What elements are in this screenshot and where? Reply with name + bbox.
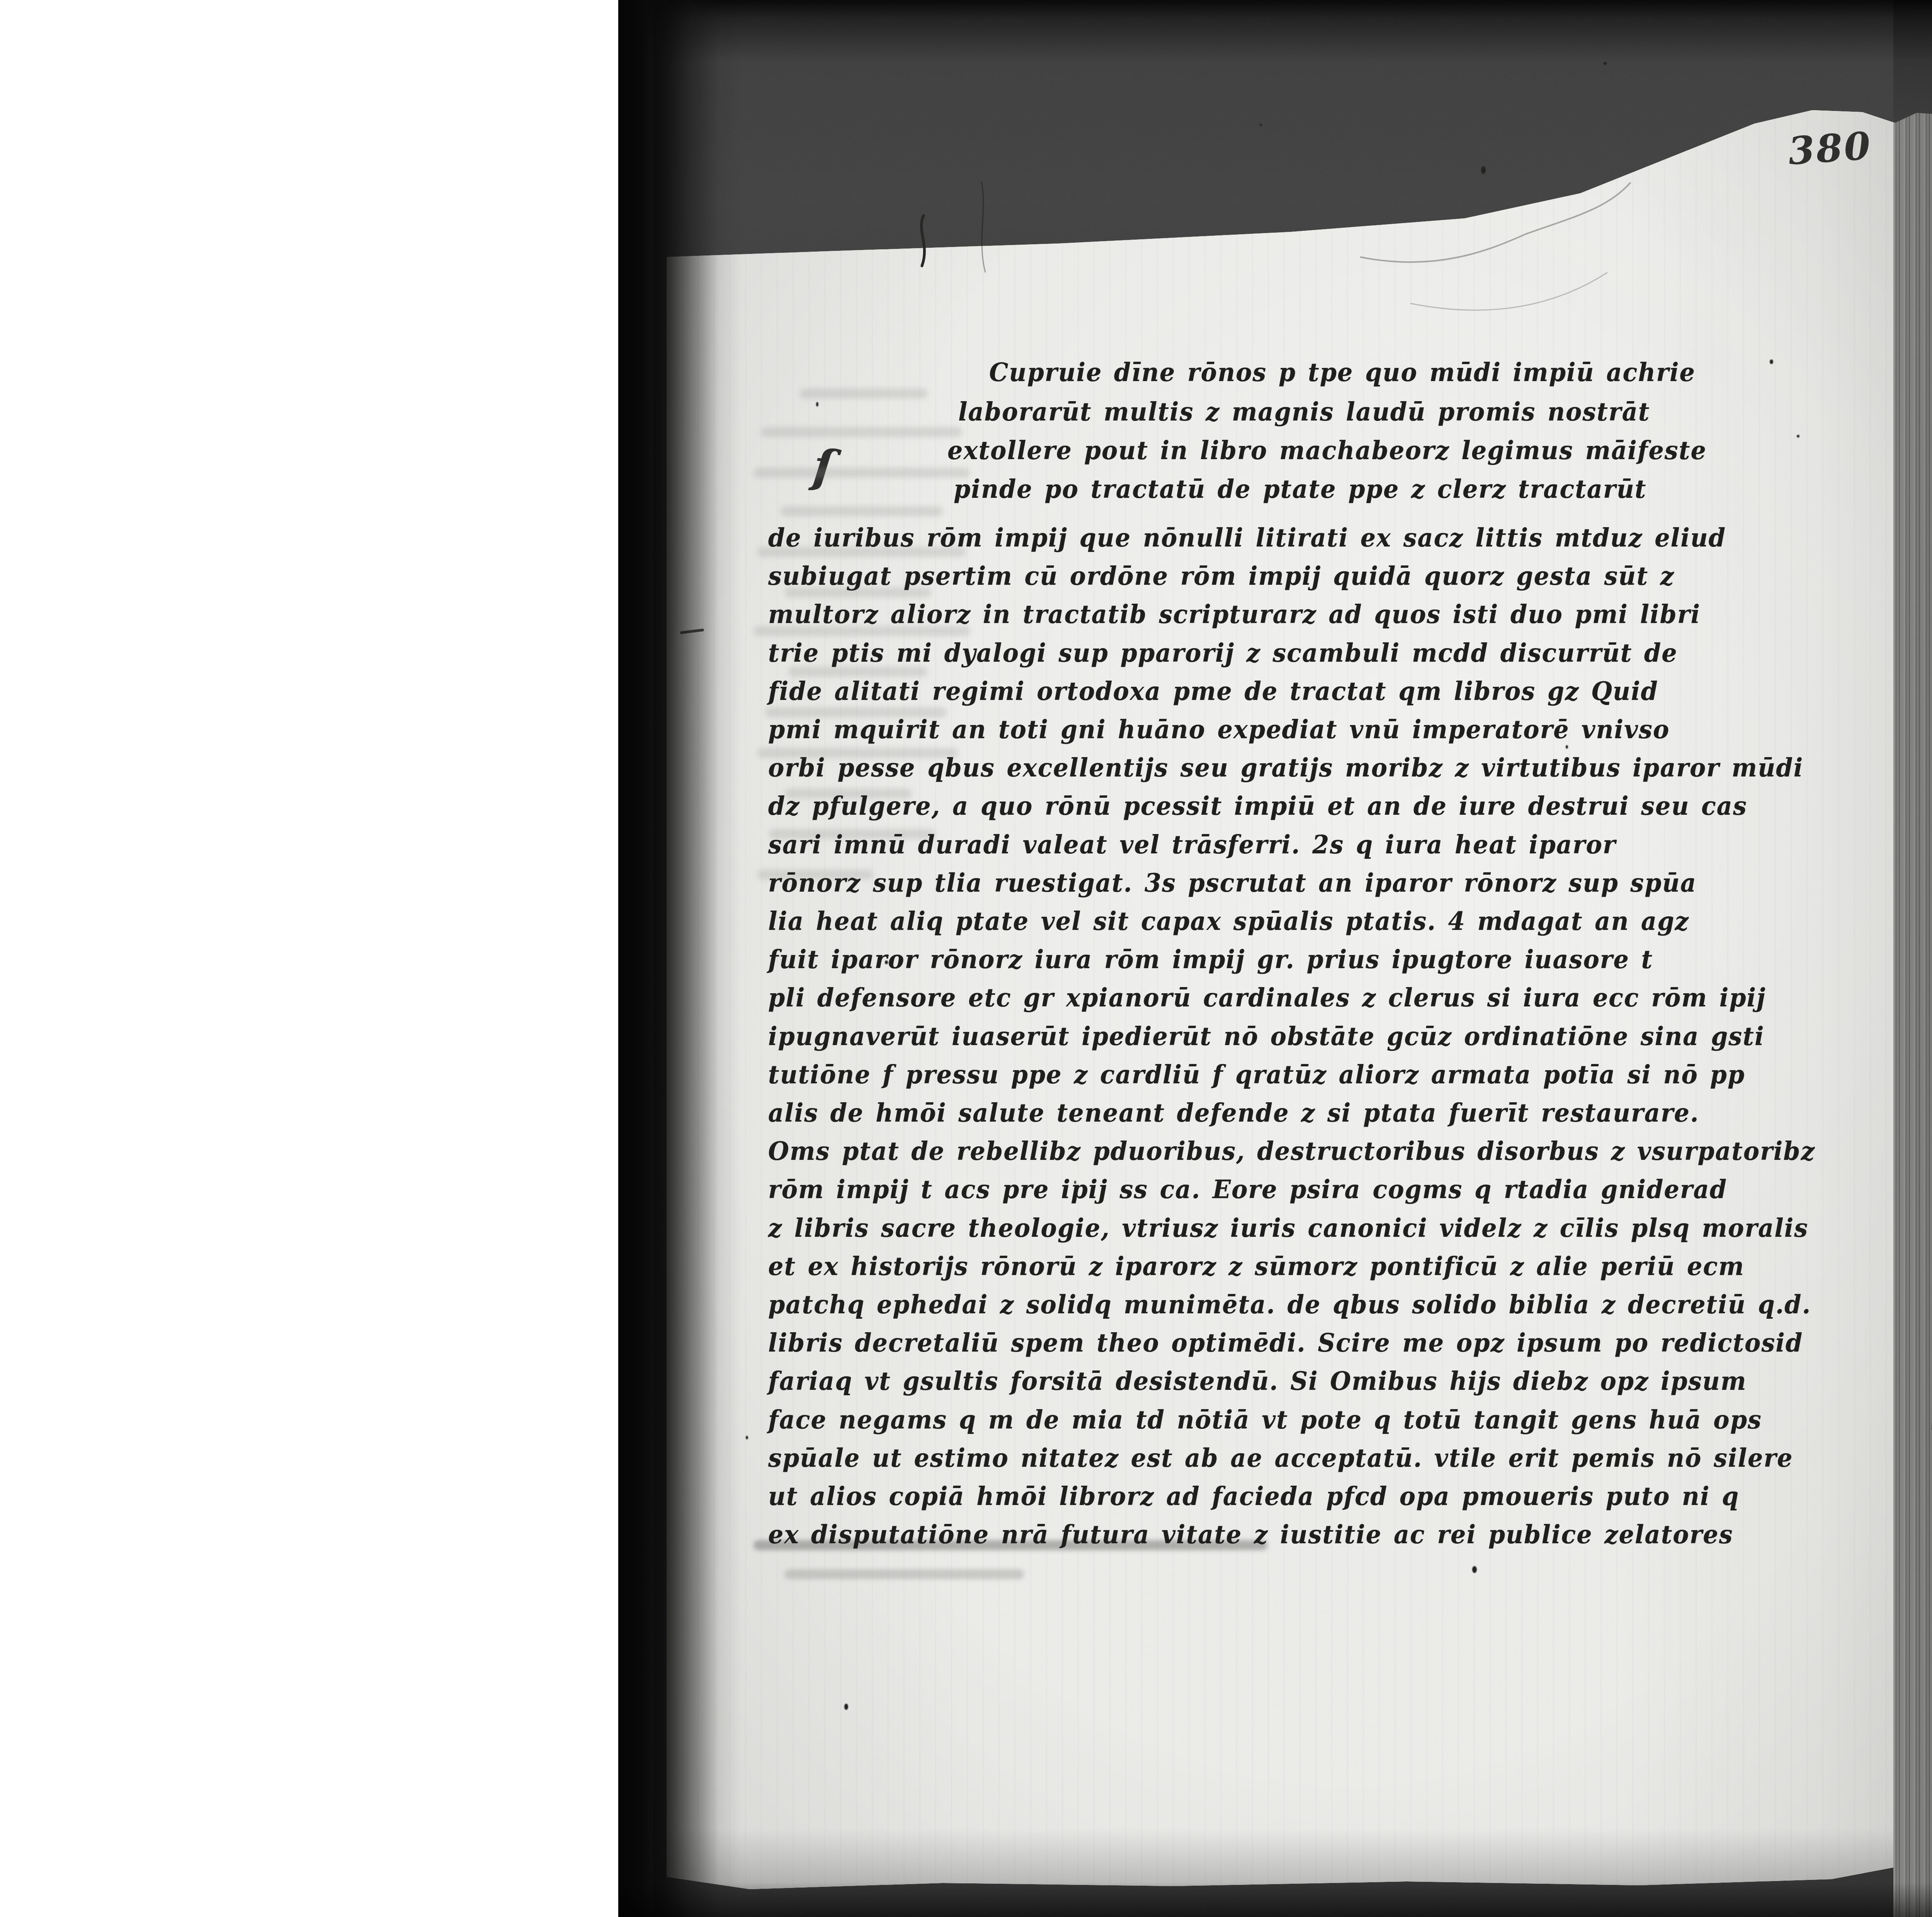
bleed-through-line [753,468,970,478]
photo-frame-left [618,0,719,1917]
text-line: trie ptis mi dyalogi sup pparorij z scam… [768,640,1678,667]
photo-frame-bottom [618,1882,1932,1917]
text-line: patchq ephedai z solidq munimēta. de qbu… [768,1291,1811,1319]
bleed-through-line [761,427,962,437]
folio-number: 380 [1787,127,1873,171]
text-line: ut alios copiā hmōi librorz ad facieda p… [768,1483,1739,1510]
bleed-through-line [788,667,927,677]
text-line: fide alitati regimi ortodoxa pme de trac… [768,678,1658,705]
manuscript-photo: 380 ſ Cupruie dīne rōnos p tpe quo mūdi … [618,0,1932,1917]
scan-canvas: 380 ſ Cupruie dīne rōnos p tpe quo mūdi … [0,0,1932,1917]
text-line: Cupruie dīne rōnos p tpe quo mūdi impiū … [989,359,1696,386]
text-line: multorz aliorz in tractatib scripturarz … [768,601,1701,628]
text-line: laborarūt multis z magnis laudū promis n… [958,398,1650,426]
text-line: extollere pout in libro machabeorz legim… [947,437,1707,465]
text-line: fuit iparor rōnorz iura rōm impij gr. pr… [768,946,1653,974]
text-line: subiugat psertim cū ordōne rōm impij qui… [768,563,1675,590]
text-line: fariaq vt gsultis forsitā desistendū. Si… [768,1368,1747,1395]
text-line: spūale ut estimo nitatez est ab ae accep… [768,1445,1793,1472]
ink-speck [1481,166,1486,174]
ink-speck [1472,1566,1477,1573]
text-line: pli defensore etc gr xpianorū cardinales… [768,984,1766,1012]
ink-speck [1566,745,1568,749]
text-line: libris decretaliū spem theo optimēdi. Sc… [768,1330,1803,1357]
text-line: alis de hmōi salute teneant defende z si… [768,1100,1699,1127]
ink-speck [1260,124,1262,126]
text-line: pinde po tractatū de ptate ppe z clerz t… [954,476,1646,503]
text-line: Oms ptat de rebellibz pduoribus, destruc… [768,1138,1815,1165]
text-line: tutiōne f pressu ppe z cardliū f qratūz … [768,1061,1745,1089]
bleed-through-line [800,388,927,398]
text-line: sari imnū duradi valeat vel trāsferri. 2… [768,831,1616,859]
ink-speck [1604,62,1607,65]
text-line: ex disputatiōne nrā futura vitate z iust… [768,1521,1733,1549]
text-line: z libris sacre theologie, vtriusz iuris … [768,1215,1808,1242]
ink-speck [816,402,818,407]
text-line: ipugnaverūt iuaserūt ipedierūt nō obstāt… [768,1023,1764,1050]
book-fore-edge [1893,0,1932,1917]
ink-speck [746,1436,748,1439]
text-line: de iuribus rōm impij que nōnulli litirat… [768,524,1726,552]
ink-speck [1770,359,1773,364]
text-line: face negams q m de mia td nōtiā vt pote … [768,1406,1762,1434]
ink-speck [844,1704,848,1710]
bleed-through-line [784,1569,1024,1579]
text-line: rōm impij t acs pre ipij ss ca. Eore psi… [768,1176,1727,1204]
text-line: et ex historijs rōnorū z iparorz z sūmor… [768,1253,1745,1280]
text-line: orbi pesse qbus excellentijs seu gratijs… [768,754,1803,782]
bleed-through-line [781,506,943,516]
text-line: rōnorz sup tlia ruestigat. 3s pscrutat a… [768,870,1697,897]
ink-speck [1797,435,1799,438]
text-line: pmi mquirit an toti gni huāno expediat v… [768,716,1670,744]
photo-frame-top [618,0,1932,62]
text-line: lia heat aliq ptate vel sit capax spūali… [768,908,1689,935]
text-line: dz pfulgere, a quo rōnū pcessit impiū et… [768,793,1747,820]
